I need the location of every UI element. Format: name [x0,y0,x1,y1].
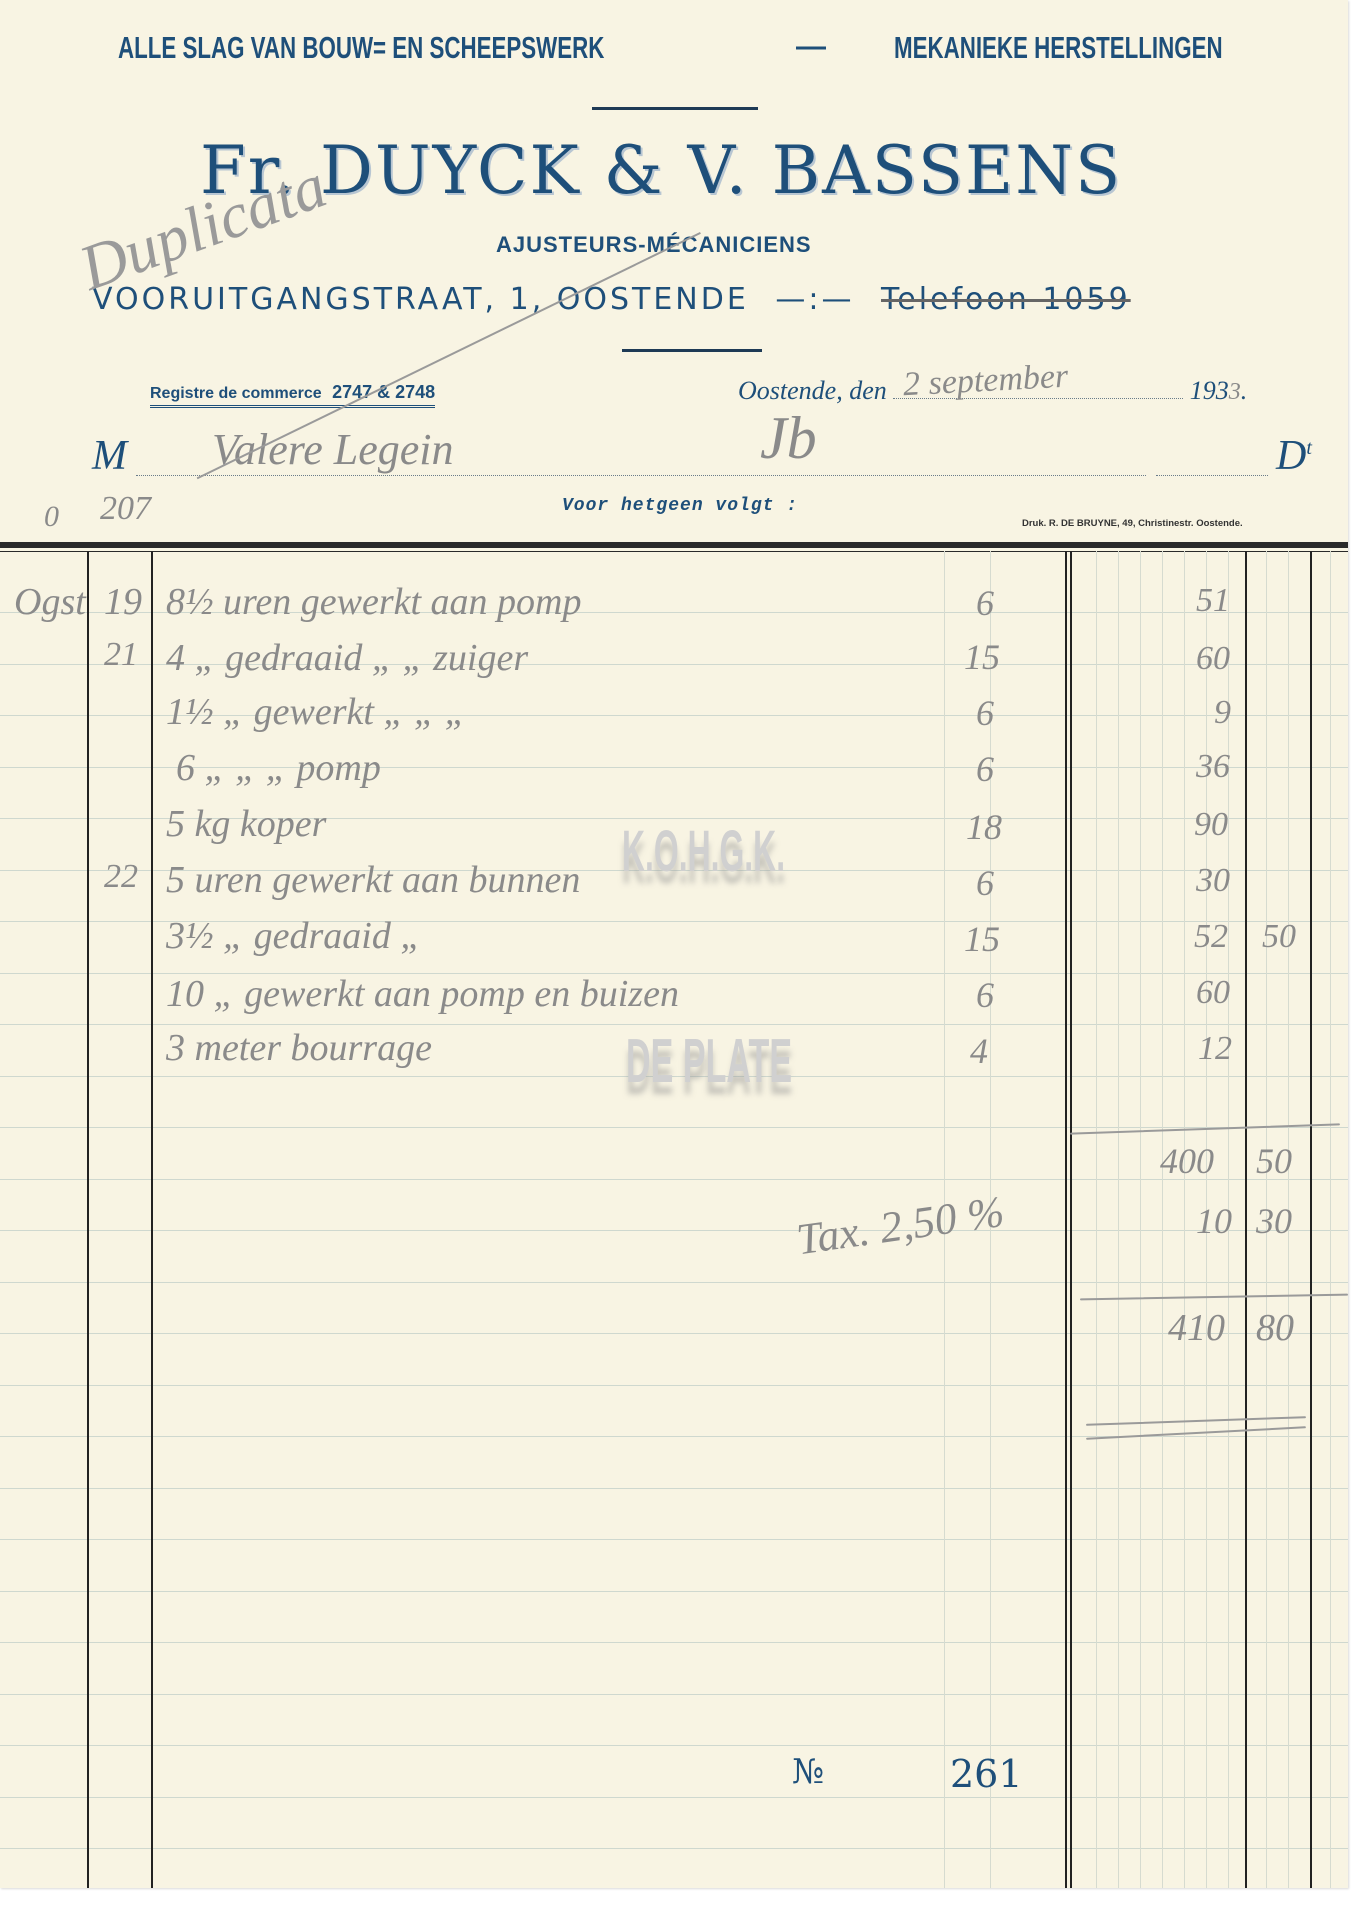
ruled-line [0,1694,1348,1695]
ruled-line [0,1385,1348,1386]
amount-column-divider-b [1070,551,1072,1888]
trade-line-right: MEKANIEKE HERSTELLINGEN [894,30,1223,66]
tax-label: Tax. 2,50 % [793,1186,1007,1266]
final-rule-1 [1086,1416,1306,1426]
year-handwritten: 3 [1229,379,1241,405]
total-cents: 80 [1256,1306,1294,1350]
ruled-line [0,1642,1348,1643]
month-abbrev: Ogst [14,580,86,624]
amount-guide-3 [1140,551,1141,1888]
item-description: 5 kg koper [166,802,326,846]
item-day: 21 [104,636,138,674]
item-rate: 6 [976,862,994,904]
ruled-line [0,1333,1348,1334]
item-rate: 6 [976,748,994,790]
item-description: 10 „ gewerkt aan pomp en buizen [166,972,679,1016]
item-rate: 4 [970,1030,988,1072]
watermark-line1: K.O.H.G.K. [622,818,785,885]
registry-line: Registre de commerce 2747 & 2748 [150,382,435,408]
right-column-divider [1310,551,1312,1888]
item-amount: 90 [1194,806,1228,844]
total-rule [1080,1294,1348,1301]
invoice-number-label: № [792,1752,824,1792]
item-rate: 6 [976,582,994,624]
date-handwritten: 2 september [902,358,1069,405]
total-amount: 410 [1168,1306,1225,1350]
year-suffix: . [1241,376,1248,405]
debit-label: Dt [1276,432,1312,480]
debit-field [1156,474,1268,476]
table-top-rule [0,542,1348,548]
ruled-line [0,1797,1348,1798]
item-description: 3½ „ gedraaid „ [166,914,421,958]
ruled-line [0,1127,1348,1128]
subtotal-amount: 400 [1160,1140,1214,1182]
amount-guide-5 [1184,551,1185,1888]
date-column-divider [87,551,89,1888]
street-address: VOORUITGANGSTRAAT, 1, OOSTENDE [92,282,749,317]
cents-column-divider [1245,551,1247,1888]
ruled-line [0,1591,1348,1592]
amount-guide-2 [1118,551,1119,1888]
item-description: 4 „ gedraaid „ „ zuiger [166,636,528,680]
invoice-paper: ALLE SLAG VAN BOUW= EN SCHEEPSWERK — MEK… [0,0,1348,1888]
header-rule-top [592,107,758,110]
item-day: 19 [104,580,142,624]
place-date-line: Oostende, den 2 september 1933. [738,376,1247,406]
item-rate: 18 [966,806,1002,848]
company-name: Fr. DUYCK & V. BASSENS [200,132,1122,209]
debit-sup: t [1306,437,1312,459]
item-rate: 6 [976,974,994,1016]
item-description: 5 uren gewerkt aan bunnen [166,858,580,902]
address-line: VOORUITGANGSTRAAT, 1, OOSTENDE —:— Telef… [92,282,1131,317]
item-description: 1½ „ gewerkt „ „ „ [166,690,466,734]
item-amount: 9 [1214,694,1231,732]
item-description: 8½ uren gewerkt aan pomp [166,580,581,624]
cents-guide-3 [1330,551,1331,1888]
item-amount: 51 [1196,582,1230,620]
tax-cents: 30 [1256,1200,1292,1242]
margin-code-a: 0 [44,500,59,534]
year-printed: 193 [1190,376,1229,405]
ruled-line [0,1488,1348,1489]
address-separator: —:— [775,282,854,317]
header-rule-bottom [622,349,762,352]
trade-line-left: ALLE SLAG VAN BOUW= EN SCHEEPSWERK [118,30,604,66]
item-description: 3 meter bourrage [166,1026,432,1070]
ruled-line [0,1024,1348,1025]
item-description: 6 „ „ „ pomp [176,746,381,790]
amount-guide-1 [1096,551,1097,1888]
registry-label: Registre de commerce [150,385,322,402]
subtotal-cents: 50 [1256,1140,1292,1182]
item-amount: 12 [1198,1030,1232,1068]
item-rate: 15 [964,636,1000,678]
trade-line-dash: — [796,30,826,64]
ruled-line [0,1230,1348,1231]
ruled-line [0,1848,1348,1849]
amount-guide-4 [1162,551,1163,1888]
ruled-line [0,1745,1348,1746]
margin-code-b: 207 [100,490,151,528]
final-rule-2 [1086,1426,1306,1440]
tax-amount: 10 [1196,1200,1232,1242]
item-amount: 30 [1196,862,1230,900]
invoice-number: 261 [950,1752,1023,1796]
printer-credit: Druk. R. DE BRUYNE, 49, Christinestr. Oo… [1022,518,1243,529]
intro-text: Voor hetgeen volgt : [562,496,798,516]
item-day: 22 [104,858,138,896]
ruled-line [0,1539,1348,1540]
subtotal-rule [1070,1123,1340,1134]
ruled-line [0,1179,1348,1180]
table-top-rule-thin [0,551,1348,552]
telephone: Telefoon 1059 [881,282,1131,317]
date-field: 2 september [893,376,1183,399]
item-amount: 52 [1194,918,1228,956]
item-amount: 36 [1196,748,1230,786]
ruled-line [0,1282,1348,1283]
item-cents: 50 [1262,918,1296,956]
debit-letter: D [1276,433,1306,479]
watermark-line2: DE PLATE [626,1026,792,1097]
item-amount: 60 [1196,640,1230,678]
item-rate: 15 [964,918,1000,960]
description-column-divider [151,551,153,1888]
amount-column-divider-a [1065,551,1067,1888]
item-rate: 6 [976,692,994,734]
item-amount: 60 [1196,974,1230,1012]
recipient-prefix: M [92,432,127,480]
recipient-handwritten: Valere Legein [212,424,454,475]
initials-handwritten: Jb [760,404,817,473]
place-label: Oostende, den [738,376,887,405]
